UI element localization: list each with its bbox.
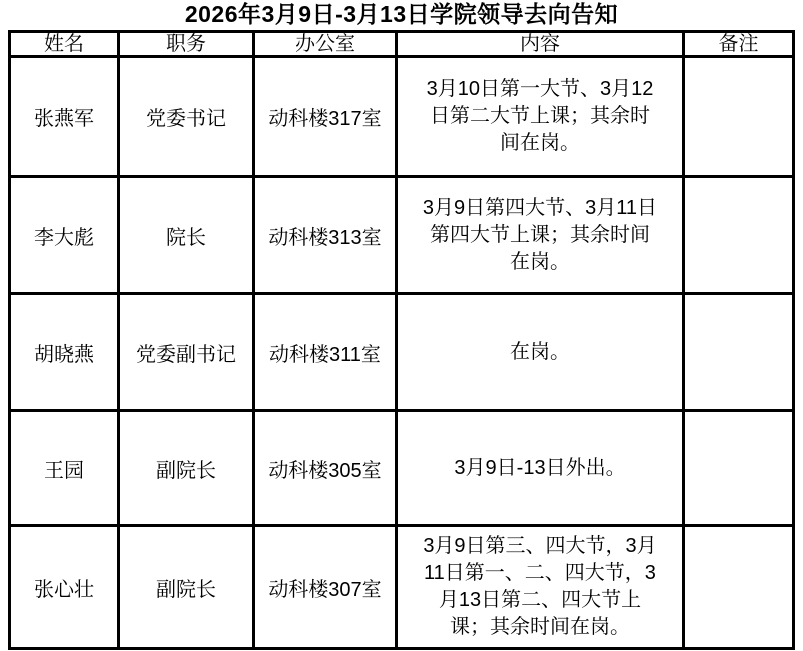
remark-cell: [684, 411, 794, 526]
name-cell: 张燕军: [10, 57, 119, 177]
remark-cell: [684, 57, 794, 177]
table-row: 张燕军 党委书记 动科楼317室 3月10日第一大节、3月12 日第二大节上课；…: [10, 57, 794, 177]
position-cell: 副院长: [119, 526, 254, 649]
content-cell: 在岗。: [397, 294, 684, 411]
content-cell: 3月10日第一大节、3月12 日第二大节上课；其余时 间在岗。: [397, 57, 684, 177]
header-content: 内容: [397, 32, 684, 57]
header-name: 姓名: [10, 32, 119, 57]
name-cell: 胡晓燕: [10, 294, 119, 411]
office-cell: 动科楼311室: [254, 294, 397, 411]
page-title: 2026年3月9日-3月13日学院领导去向告知: [0, 2, 803, 27]
name-cell: 王园: [10, 411, 119, 526]
header-office: 办公室: [254, 32, 397, 57]
office-cell: 动科楼305室: [254, 411, 397, 526]
table-row: 胡晓燕 党委副书记 动科楼311室 在岗。: [10, 294, 794, 411]
position-cell: 副院长: [119, 411, 254, 526]
table-row: 张心壮 副院长 动科楼307室 3月9日第三、四大节，3月 11日第一、二、四大…: [10, 526, 794, 649]
header-remark: 备注: [684, 32, 794, 57]
header-row: 姓名 职务 办公室 内容 备注: [10, 32, 794, 57]
notice-page: 2026年3月9日-3月13日学院领导去向告知 姓名 职务 办公室 内容 备注 …: [0, 0, 803, 651]
header-position: 职务: [119, 32, 254, 57]
remark-cell: [684, 177, 794, 294]
content-cell: 3月9日第三、四大节，3月 11日第一、二、四大节，3 月13日第二、四大节上 …: [397, 526, 684, 649]
content-cell: 3月9日-13日外出。: [397, 411, 684, 526]
office-cell: 动科楼317室: [254, 57, 397, 177]
name-cell: 李大彪: [10, 177, 119, 294]
remark-cell: [684, 294, 794, 411]
office-cell: 动科楼307室: [254, 526, 397, 649]
table-row: 王园 副院长 动科楼305室 3月9日-13日外出。: [10, 411, 794, 526]
content-cell: 3月9日第四大节、3月11日 第四大节上课；其余时间 在岗。: [397, 177, 684, 294]
office-cell: 动科楼313室: [254, 177, 397, 294]
leadership-whereabouts-table: 姓名 职务 办公室 内容 备注 张燕军 党委书记 动科楼317室 3月10日第一…: [8, 30, 795, 650]
name-cell: 张心壮: [10, 526, 119, 649]
position-cell: 党委书记: [119, 57, 254, 177]
remark-cell: [684, 526, 794, 649]
table-row: 李大彪 院长 动科楼313室 3月9日第四大节、3月11日 第四大节上课；其余时…: [10, 177, 794, 294]
position-cell: 党委副书记: [119, 294, 254, 411]
position-cell: 院长: [119, 177, 254, 294]
